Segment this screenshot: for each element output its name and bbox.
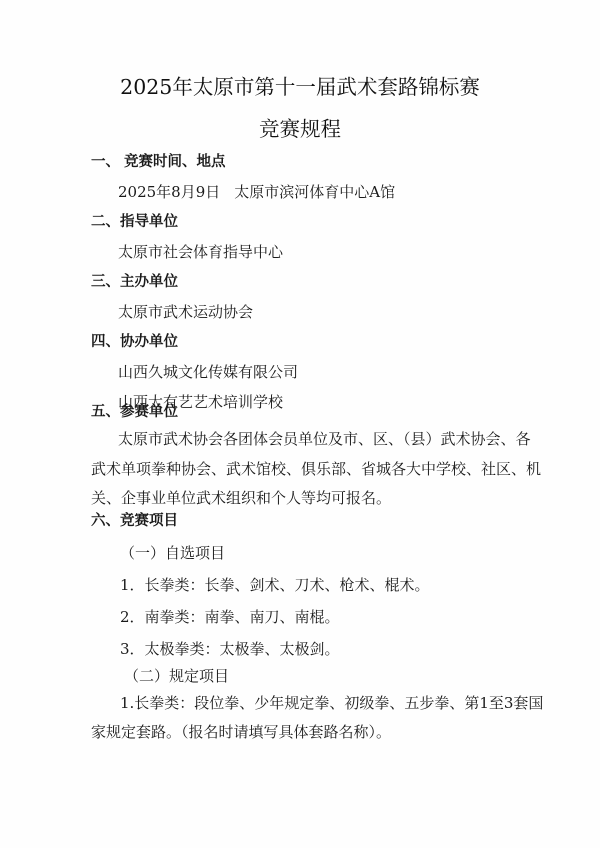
event-venue: 太原市滨河体育中心A馆 [234,183,395,201]
document-title: 2025年太原市第十一届武术套路锦标赛 [0,74,600,100]
required-line-1: 1.长拳类：段位拳、少年规定拳、初级拳、五步拳、第1至3套国 [120,693,543,713]
participants-line-3: 关、企事业单位武术组织和个人等均可报名。 [91,488,391,508]
co-organizer-1: 山西久城文化传媒有限公司 [118,362,298,382]
section-1-number: 一、 [91,152,124,172]
optional-item-1: 1．长拳类：长拳、剑术、刀术、枪术、棍术。 [120,575,430,595]
optional-item-2: 2．南拳类：南拳、南刀、南棍。 [120,607,340,627]
required-line-2: 家规定套路。（报名时请填写具体套路名称）。 [91,722,391,742]
participants-line-2: 武术单项拳种协会、武术馆校、俱乐部、省城各大中学校、社区、机 [91,459,541,479]
section-4-heading: 四、协办单位 [91,332,178,352]
optional-item-3: 3．太极拳类：太极拳、太极剑。 [120,639,340,659]
document-subtitle: 竞赛规程 [0,116,600,142]
participants-line-1: 太原市武术协会各团体会员单位及市、区、（县）武术协会、各 [118,429,531,449]
section-4-number: 四、 [91,334,120,350]
host-unit: 太原市武术运动协会 [118,302,253,322]
section-3-title: 主办单位 [120,274,178,290]
section-2-heading: 二、指导单位 [91,212,178,232]
section-1-heading: 一、竞赛时间、地点 [91,152,226,172]
subsection-required-label: （二）规定项目 [124,666,229,686]
guiding-unit: 太原市社会体育指导中心 [118,242,283,262]
subsection-optional-label: （一）自选项目 [120,543,225,563]
event-date: 2025年8月9日 [118,183,220,201]
section-5-title: 参赛单位 [120,404,178,420]
section-3-number: 三、 [91,274,120,290]
section-3-heading: 三、主办单位 [91,272,178,292]
section-6-heading: 六、竞赛项目 [91,511,178,531]
section-4-title: 协办单位 [120,334,178,350]
section-1-title: 竞赛时间、地点 [124,154,226,170]
document-page: 2025年太原市第十一届武术套路锦标赛 竞赛规程 一、竞赛时间、地点 2025年… [0,0,600,848]
section-2-number: 二、 [91,214,120,230]
section-6-title: 竞赛项目 [120,513,178,529]
section-5-number: 五、 [91,404,120,420]
section-1-content: 2025年8月9日太原市滨河体育中心A馆 [118,182,395,202]
section-6-number: 六、 [91,513,120,529]
section-2-title: 指导单位 [120,214,178,230]
section-5-heading: 五、参赛单位 [91,402,178,422]
